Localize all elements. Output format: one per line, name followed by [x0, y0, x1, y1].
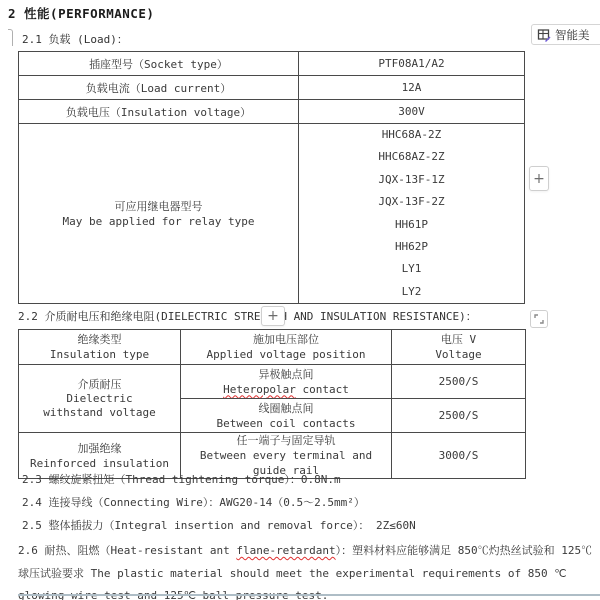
expand-table-button[interactable]: [530, 310, 548, 328]
heteropolar-contact-cell: 异极触点间 Heteropolar contact: [181, 365, 392, 399]
relay-type-item: JQX-13F-1Z: [299, 169, 524, 191]
plus-icon: +: [267, 309, 279, 323]
load-current-value: 12A: [299, 76, 525, 100]
cell-en: Heteropolar contact: [183, 382, 389, 397]
note-2-6-prefix: 2.6 耐热、阻燃（Heat-resistant ant: [18, 544, 236, 557]
applied-position-header: 施加电压部位 Applied voltage position: [181, 330, 392, 365]
misspelled-word: Heteropolar: [223, 383, 296, 396]
cell-cn: 介质耐压: [21, 378, 178, 392]
load-voltage-label: 负载电压（Insulation voltage）: [19, 100, 299, 124]
relay-type-item: JQX-13F-2Z: [299, 191, 524, 213]
load-table: 插座型号（Socket type） PTF08A1/A2 负载电流（Load c…: [18, 51, 525, 304]
plus-icon: +: [533, 172, 545, 186]
header-en: Voltage: [394, 347, 523, 362]
header-cn: 电压 V: [394, 332, 523, 347]
table-row: 可应用继电器型号 May be applied for relay type H…: [19, 124, 525, 304]
relay-type-list: HHC68A-2Z HHC68AZ-2Z JQX-13F-1Z JQX-13F-…: [299, 124, 525, 304]
relay-type-label-cn: 可应用继电器型号: [21, 199, 296, 214]
table-row: 介质耐压 Dielectric withstand voltage 异极触点间 …: [19, 365, 526, 399]
header-en: Insulation type: [21, 347, 178, 362]
relay-type-item: HH61P: [299, 214, 524, 236]
relay-type-item: HHC68AZ-2Z: [299, 146, 524, 168]
misspelled-word: flane-retardant: [236, 544, 335, 557]
relay-type-item: LY1: [299, 258, 524, 280]
relay-type-label: 可应用继电器型号 May be applied for relay type: [19, 124, 299, 304]
note-2-6: 2.6 耐热、阻燃（Heat-resistant ant flane-retar…: [18, 540, 596, 600]
section-2-2-heading: 2.2 介质耐电压和绝缘电阻(DIELECTRIC STRENGTH AND I…: [18, 308, 477, 324]
relay-type-item: HHC68A-2Z: [299, 124, 524, 146]
relay-type-label-en: May be applied for relay type: [21, 214, 296, 229]
insulation-type-header: 绝缘类型 Insulation type: [19, 330, 181, 365]
coil-contacts-cell: 线圈触点间 Between coil contacts: [181, 399, 392, 433]
cell-en-rest: contact: [296, 383, 349, 396]
table-row: 负载电流（Load current） 12A: [19, 76, 525, 100]
cell-en: Dielectric: [21, 392, 178, 406]
cell-en: withstand voltage: [21, 406, 178, 420]
header-cn: 绝缘类型: [21, 332, 178, 347]
relay-type-item: HH62P: [299, 236, 524, 258]
note-2-4: 2.4 连接导线（Connecting Wire）：AWG20-14（0.5～2…: [22, 494, 365, 510]
table-beautify-icon: [537, 28, 551, 42]
insert-row-button[interactable]: +: [261, 306, 285, 326]
voltage-value: 2500/S: [392, 365, 526, 399]
cell-cn: 线圈触点间: [183, 401, 389, 416]
smart-beautify-label: 智能美: [555, 27, 590, 43]
cell-en: Reinforced insulation: [21, 456, 178, 471]
bottom-divider: [18, 594, 600, 596]
cell-cn: 任一端子与固定导轨: [183, 433, 389, 448]
dielectric-withstand-cell: 介质耐压 Dielectric withstand voltage: [19, 365, 181, 433]
cell-en: Between coil contacts: [183, 416, 389, 431]
cell-cn: 加强绝缘: [21, 441, 178, 456]
header-en: Applied voltage position: [183, 347, 389, 362]
header-cn: 施加电压部位: [183, 332, 389, 347]
voltage-value: 2500/S: [392, 399, 526, 433]
voltage-header: 电压 V Voltage: [392, 330, 526, 365]
cell-cn: 异极触点间: [183, 367, 389, 382]
page-title: 2 性能(PERFORMANCE): [8, 4, 154, 22]
table-row: 负载电压（Insulation voltage） 300V: [19, 100, 525, 124]
voltage-value: 3000/S: [392, 433, 526, 479]
socket-type-label: 插座型号（Socket type）: [19, 52, 299, 76]
load-current-label: 负载电流（Load current）: [19, 76, 299, 100]
socket-type-value: PTF08A1/A2: [299, 52, 525, 76]
section-2-1-heading: 2.1 负载 (Load)：: [22, 31, 128, 47]
note-2-5: 2.5 整体插拔力（Integral insertion and removal…: [22, 517, 416, 533]
smart-beautify-button[interactable]: 智能美: [531, 24, 600, 45]
outline-bracket-icon: [8, 29, 13, 46]
note-2-3: 2.3 螺纹旋紧扭矩（Thread tightening torque）：0.8…: [22, 471, 341, 487]
add-content-button[interactable]: +: [529, 166, 549, 191]
relay-type-item: LY2: [299, 281, 524, 303]
expand-icon: [534, 314, 544, 324]
table-row: 插座型号（Socket type） PTF08A1/A2: [19, 52, 525, 76]
table-header-row: 绝缘类型 Insulation type 施加电压部位 Applied volt…: [19, 330, 526, 365]
dielectric-table: 绝缘类型 Insulation type 施加电压部位 Applied volt…: [18, 329, 526, 479]
load-voltage-value: 300V: [299, 100, 525, 124]
